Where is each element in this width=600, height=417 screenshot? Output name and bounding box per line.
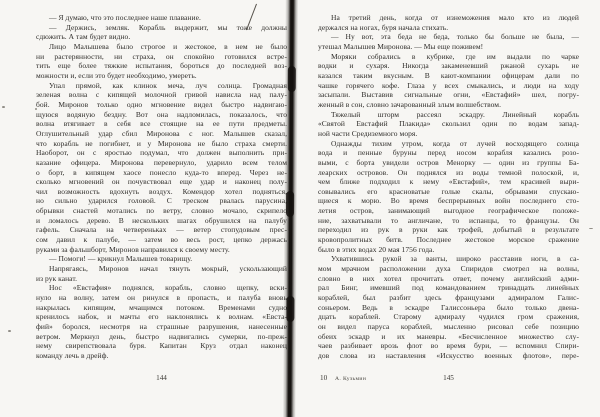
text-line: соньером. Ведь в эскадре Галиссоньера бы… xyxy=(318,303,579,313)
text-line: вода и пенные буруны перед носом корабля… xyxy=(318,148,579,158)
text-line: ветром. Меркнул день, быстро надвигались… xyxy=(36,332,287,342)
left-page-number: 144 xyxy=(156,374,167,382)
text-line: совывались его красноватые голые скалы, … xyxy=(318,187,579,197)
paper-speck xyxy=(589,228,593,229)
paper-speck xyxy=(2,106,5,108)
text-line: Упал прямой, как клинок меча, луч солнца… xyxy=(36,81,287,91)
book-scan: { "scan": { "paper_color": "#f7f6f3", "i… xyxy=(0,0,600,417)
text-line: сколько мгновений он почувствовал еще уд… xyxy=(36,177,287,187)
text-line: щиеся к морю. Во время беспрерывных войн… xyxy=(318,196,579,206)
text-line: руками за фальшборт, Миронов направился … xyxy=(36,245,287,255)
right-page-text: На третий день, когда от изнеможения мал… xyxy=(318,13,579,361)
text-line: дов слова из наставления «Искусство воен… xyxy=(318,351,579,361)
text-line: ной части Средиземного моря. xyxy=(318,129,579,139)
text-line: летия остров, занимающий выгодное геогра… xyxy=(318,206,579,216)
text-line: — Помоги! — крикнул Малышев товарищу. xyxy=(36,254,287,264)
text-line: засыпали. Выставив сигнальные огни, «Евс… xyxy=(318,90,579,100)
text-line: — Держись, земляк. Корабль выдержит, мы … xyxy=(36,23,287,33)
text-line: мом мрачном расположении духа Спиридов с… xyxy=(318,264,579,274)
text-line: было в этих водах 20 мая 1756 года. xyxy=(318,245,579,255)
text-line: «Святой Евстафий Плакида» скользил один … xyxy=(318,119,579,129)
text-line: можности и, если это будет необходимо, у… xyxy=(36,71,287,81)
text-line: выми, с борта увидели остров Менорку — о… xyxy=(318,158,579,168)
text-line: кораблей, был разбит здесь французами ад… xyxy=(318,293,579,303)
text-line: кренилось набок, и мачты его наклонялись… xyxy=(36,312,287,322)
text-line: сом давил к палубе, — затем во весь рост… xyxy=(36,235,287,245)
text-line: Лицо Малышева было строгое и жестокое, в… xyxy=(36,42,287,52)
text-line: дцать кораблей. Старому адмиралу чудился… xyxy=(318,312,579,322)
text-line: бой. Миронов только одно мгновение видел… xyxy=(36,100,287,110)
left-page-footer: 144 xyxy=(36,373,287,384)
text-line: словно в них хотел прочитать ответ, поче… xyxy=(318,274,579,284)
text-line: кровопролитных битв. Последнее жестокое … xyxy=(318,235,579,245)
text-line: зеленая волна с кипящей молочной гривой … xyxy=(36,90,287,100)
text-line: казание офицера. Миронова перевернуло, у… xyxy=(36,158,287,168)
text-line: но сильно ударился головой. С треском рв… xyxy=(36,196,287,206)
gutter-bump xyxy=(286,296,294,322)
text-line: тить еще более тяжкие испытания, боротьс… xyxy=(36,61,287,71)
text-line: Напрягаясь, Миронов начал тянуть мокрый,… xyxy=(36,264,287,274)
text-line: волна втягивает в себя все стоящие на ее… xyxy=(36,119,287,129)
text-line: гафель. Сначала на четвереньках — ветер … xyxy=(36,225,287,235)
text-line: Моряки собрались в кубрике, где им выдал… xyxy=(318,52,579,62)
text-line: переходил из рук в руки как трофей, добы… xyxy=(318,225,579,235)
text-line: обеих эскадр и их маневры. «Бесчисленное… xyxy=(318,332,579,342)
text-line: ние, захватывали то англичане, то испанц… xyxy=(318,216,579,226)
text-line: женный в сон, словно зачарованный злым в… xyxy=(318,100,579,110)
text-line: что корабль не погибнет, и у Миронова не… xyxy=(36,139,287,149)
paper-speck xyxy=(8,330,11,332)
text-line: Оглушительный удар сбил Миронова с ног. … xyxy=(36,129,287,139)
text-line: ни растерянности, ни страха, он спокойно… xyxy=(36,52,287,62)
text-line: казался таким вкусным. В кают-компании о… xyxy=(318,71,579,81)
text-line: о борт, в кипящем хаосе понесло куда-то … xyxy=(36,168,287,178)
text-line: обрывки снастей мотались по ветру, словн… xyxy=(36,206,287,216)
text-line: из рук канат. xyxy=(36,274,287,284)
text-line: нуло на волну, затем он ринулся в пропас… xyxy=(36,293,287,303)
text-line: и ломалось дерево. В нескольких шагах об… xyxy=(36,216,287,226)
text-line: Ухватившись рукой за ванты, широко расст… xyxy=(318,254,579,264)
text-line: щуюся водяную бездну. Вот она надломилас… xyxy=(36,110,287,120)
text-line: он видел паруса кораблей, мысленно рисов… xyxy=(318,322,579,332)
gutter-bump xyxy=(286,191,294,217)
text-line: чашке горячего кофе. Глаза у всех смыкал… xyxy=(318,81,579,91)
text-line: накрылась кипящим, мчащимся потоком. Вре… xyxy=(36,303,287,313)
text-line: Наоборот, он с яростью подумал, что долж… xyxy=(36,148,287,158)
text-line: водки и сухаря. Никогда закаменевший ржа… xyxy=(318,61,579,71)
text-line: команду лечь в дрейф. xyxy=(36,351,287,361)
gutter-bump xyxy=(288,66,296,92)
right-page-number: 145 xyxy=(318,373,579,384)
text-line: чем ближе подходил к нему «Евстафий», те… xyxy=(318,177,579,187)
paper-speck xyxy=(35,108,37,110)
text-line: нему свирепствовала буря. Капитан Круз о… xyxy=(36,341,287,351)
left-page-text: — Я думаю, что это последнее наше плаван… xyxy=(36,13,287,361)
text-line: Тяжелый шторм рассеял эскадру. Линейный … xyxy=(318,110,579,120)
text-line: На третий день, когда от изнеможения мал… xyxy=(318,13,579,23)
text-line: чил возможность вдохнуть воздух. Комендо… xyxy=(36,187,287,197)
right-page-footer: 10 А. Кузьмин 145 xyxy=(318,373,579,384)
text-line: держался на ногах, буря начала стихать. xyxy=(318,23,579,33)
text-line: сдюжить. А там будет видно. xyxy=(36,32,287,42)
text-line: рал Бинг, имевший под командованием трин… xyxy=(318,283,579,293)
text-line: леарских островов. Он поднялся из воды т… xyxy=(318,168,579,178)
gutter-shadow xyxy=(283,0,299,417)
text-line: чаев разбивает врозь флот во время бури,… xyxy=(318,341,579,351)
text-line: утешал Малышев Миронова. — Мы еще поживе… xyxy=(318,42,579,52)
text-line: Однажды тихим утром, когда от лучей восх… xyxy=(318,139,579,149)
text-line: — Ну вот, эта беда не беда, только бы бо… xyxy=(318,32,579,42)
text-line: фий» боролся, несмотря на страшные разру… xyxy=(36,322,287,332)
text-line: Нос «Евстафия» поднялся, корабль, словно… xyxy=(36,283,287,293)
